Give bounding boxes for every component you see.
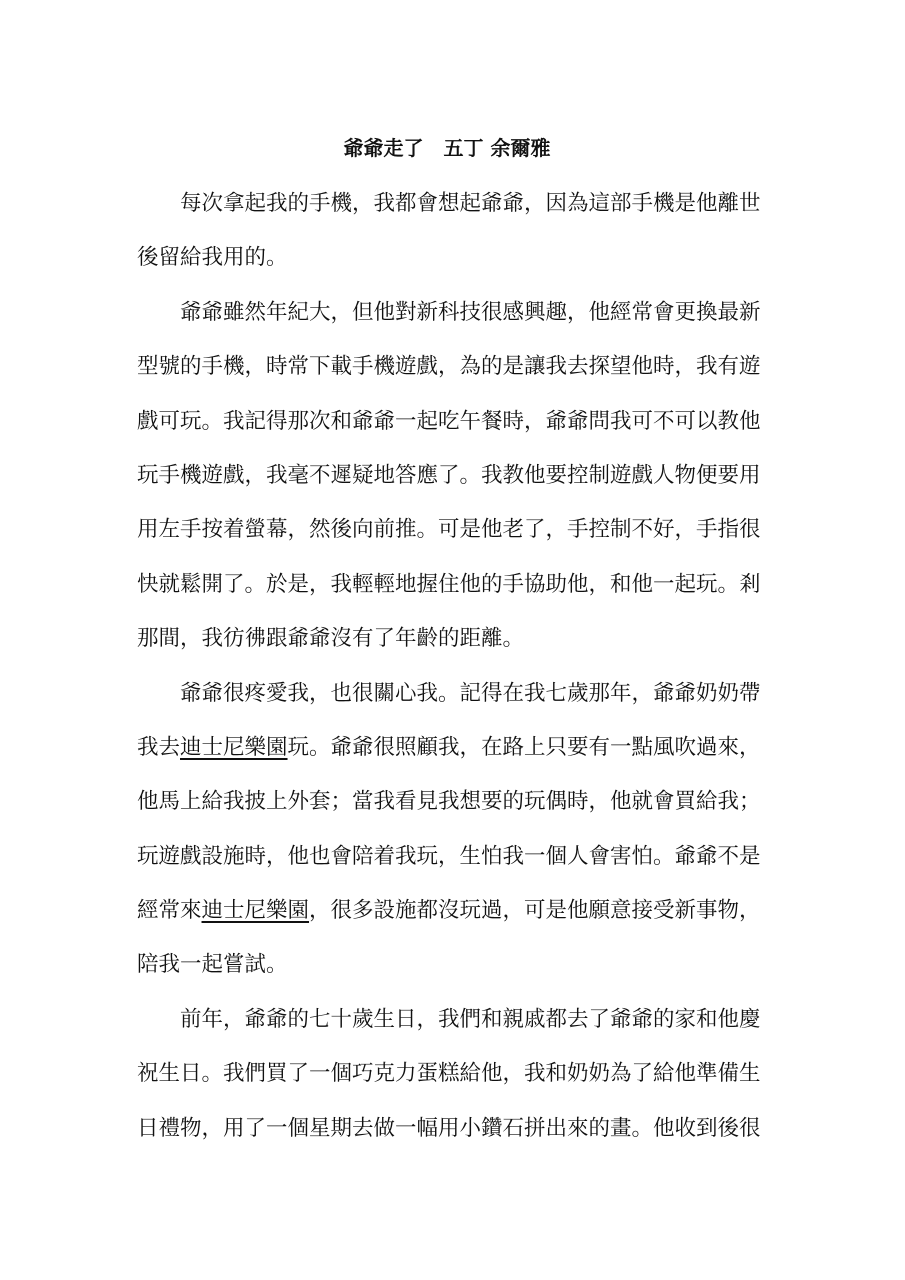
underlined-place-name: 迪士尼樂園 bbox=[180, 735, 288, 760]
text-line: 每次拿起我的手機，我都會想起爺爺，因為這部手機是他離世 bbox=[137, 177, 755, 231]
essay-body: 每次拿起我的手機，我都會想起爺爺，因為這部手機是他離世 後留給我用的。 爺爺雖然… bbox=[137, 177, 755, 1156]
paragraph: 爺爺雖然年紀大，但他對新科技很感興趣，他經常會更換最新 型號的手機，時常下載手機… bbox=[137, 286, 755, 667]
text-line: 快就鬆開了。於是，我輕輕地握住他的手協助他，和他一起玩。剎 bbox=[137, 558, 755, 612]
document-page: 爺爺走了 五丁 余爾雅 bbox=[137, 128, 757, 168]
text-line: 他馬上給我披上外套；當我看見我想要的玩偶時，他就會買給我； bbox=[137, 775, 755, 829]
text-segment: ，很多設施都沒玩過，可是他願意接受新事物， bbox=[309, 898, 761, 923]
text-line: 我去迪士尼樂園玩。爺爺很照顧我，在路上只要有一點風吹過來， bbox=[137, 721, 755, 775]
text-line: 型號的手機，時常下載手機遊戲，為的是讓我去探望他時，我有遊 bbox=[137, 340, 755, 394]
text-line: 爺爺很疼愛我，也很關心我。記得在我七歲那年，爺爺奶奶帶 bbox=[137, 667, 755, 721]
text-line: 日禮物，用了一個星期去做一幅用小鑽石拼出來的畫。他收到後很 bbox=[137, 1102, 755, 1156]
text-line: 用左手按着螢幕，然後向前推。可是他老了，手控制不好，手指很 bbox=[137, 503, 755, 557]
text-line: 後留給我用的。 bbox=[137, 231, 755, 285]
paragraph: 前年，爺爺的七十歲生日，我們和親戚都去了爺爺的家和他慶 祝生日。我們買了一個巧克… bbox=[137, 993, 755, 1156]
text-line: 那間，我彷彿跟爺爺沒有了年齡的距離。 bbox=[137, 612, 755, 666]
paragraph: 每次拿起我的手機，我都會想起爺爺，因為這部手機是他離世 後留給我用的。 bbox=[137, 177, 755, 286]
text-line: 戲可玩。我記得那次和爺爺一起吃午餐時，爺爺問我可不可以教他 bbox=[137, 395, 755, 449]
text-line: 經常來迪士尼樂園，很多設施都沒玩過，可是他願意接受新事物， bbox=[137, 884, 755, 938]
text-line: 陪我一起嘗試。 bbox=[137, 938, 755, 992]
text-segment: 我去 bbox=[137, 735, 180, 760]
underlined-place-name: 迪士尼樂園 bbox=[202, 898, 310, 923]
text-segment: 玩。爺爺很照顧我，在路上只要有一點風吹過來， bbox=[288, 735, 761, 760]
essay-title: 爺爺走了 五丁 余爾雅 bbox=[137, 128, 757, 168]
text-line: 祝生日。我們買了一個巧克力蛋糕給他，我和奶奶為了給他準備生 bbox=[137, 1047, 755, 1101]
text-line: 玩手機遊戲，我毫不遲疑地答應了。我教他要控制遊戲人物便要用 bbox=[137, 449, 755, 503]
paragraph: 爺爺很疼愛我，也很關心我。記得在我七歲那年，爺爺奶奶帶 我去迪士尼樂園玩。爺爺很… bbox=[137, 667, 755, 993]
text-line: 爺爺雖然年紀大，但他對新科技很感興趣，他經常會更換最新 bbox=[137, 286, 755, 340]
text-segment: 經常來 bbox=[137, 898, 202, 923]
text-line: 前年，爺爺的七十歲生日，我們和親戚都去了爺爺的家和他慶 bbox=[137, 993, 755, 1047]
text-line: 玩遊戲設施時，他也會陪着我玩，生怕我一個人會害怕。爺爺不是 bbox=[137, 830, 755, 884]
